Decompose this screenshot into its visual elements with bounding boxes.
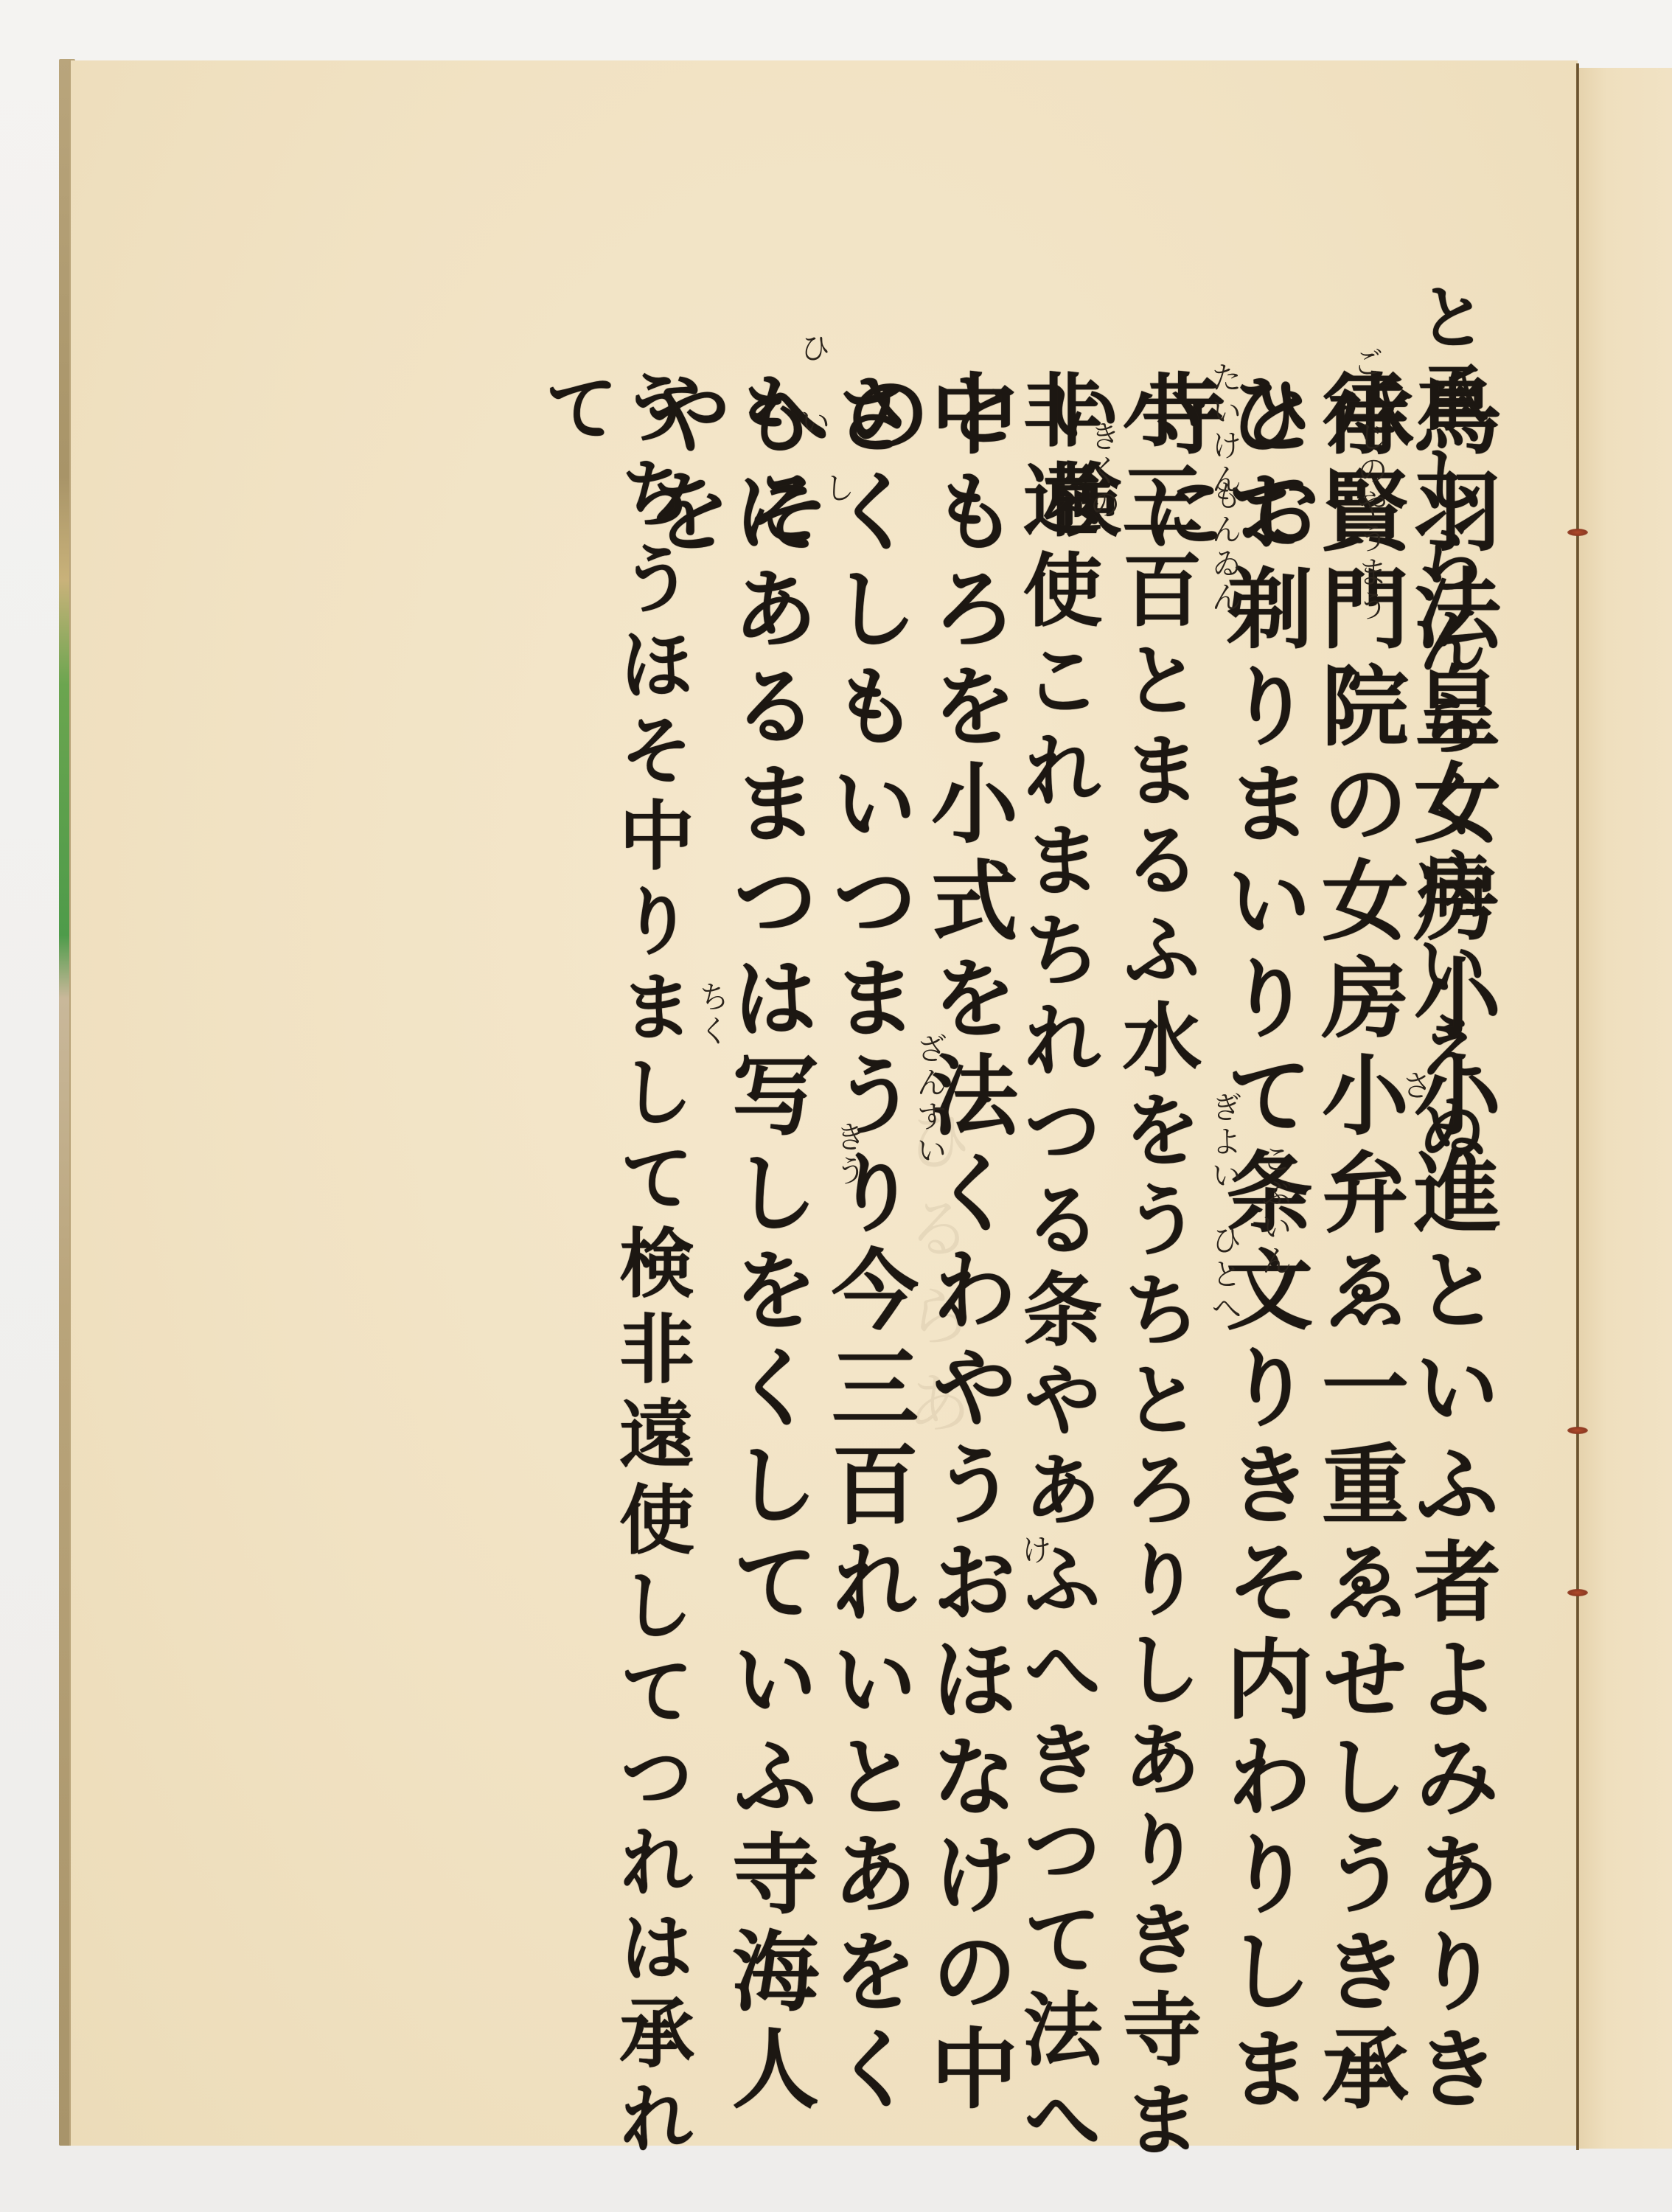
binding-stitch <box>1567 1427 1588 1434</box>
ruby-gloss: じのやうまう <box>1355 420 1386 624</box>
ruby-gloss: ひとへ <box>1209 1224 1240 1326</box>
ruby-gloss: し <box>822 472 853 506</box>
ruby-gloss: け <box>1019 1534 1050 1568</box>
ruby-gloss: きう <box>833 1121 864 1189</box>
ruby-gloss: ぎよい <box>1209 1091 1240 1193</box>
ruby-gloss: ひ <box>798 332 829 366</box>
ruby-gloss: こぶいん <box>1259 1143 1290 1279</box>
binding-stitch <box>1567 529 1588 536</box>
ruby-gloss: もんゐん <box>1209 479 1240 615</box>
binding-stitch <box>1567 1589 1588 1596</box>
binding-gutter <box>1576 63 1579 2150</box>
ruby-gloss: ざんすい <box>914 1032 945 1168</box>
ruby-gloss: ご <box>1351 347 1382 380</box>
ruby-gloss: い <box>798 406 829 439</box>
ruby-gloss: さ <box>1399 1069 1430 1103</box>
ruby-gloss: ちく <box>697 981 728 1048</box>
facing-page-edge <box>1579 68 1672 2149</box>
text-column-10: うちうほそ中りまして検非遠使してつれは承れて <box>538 369 689 2212</box>
ruby-gloss: たいけん <box>1209 361 1240 497</box>
ruby-gloss: きくの <box>1087 420 1118 522</box>
